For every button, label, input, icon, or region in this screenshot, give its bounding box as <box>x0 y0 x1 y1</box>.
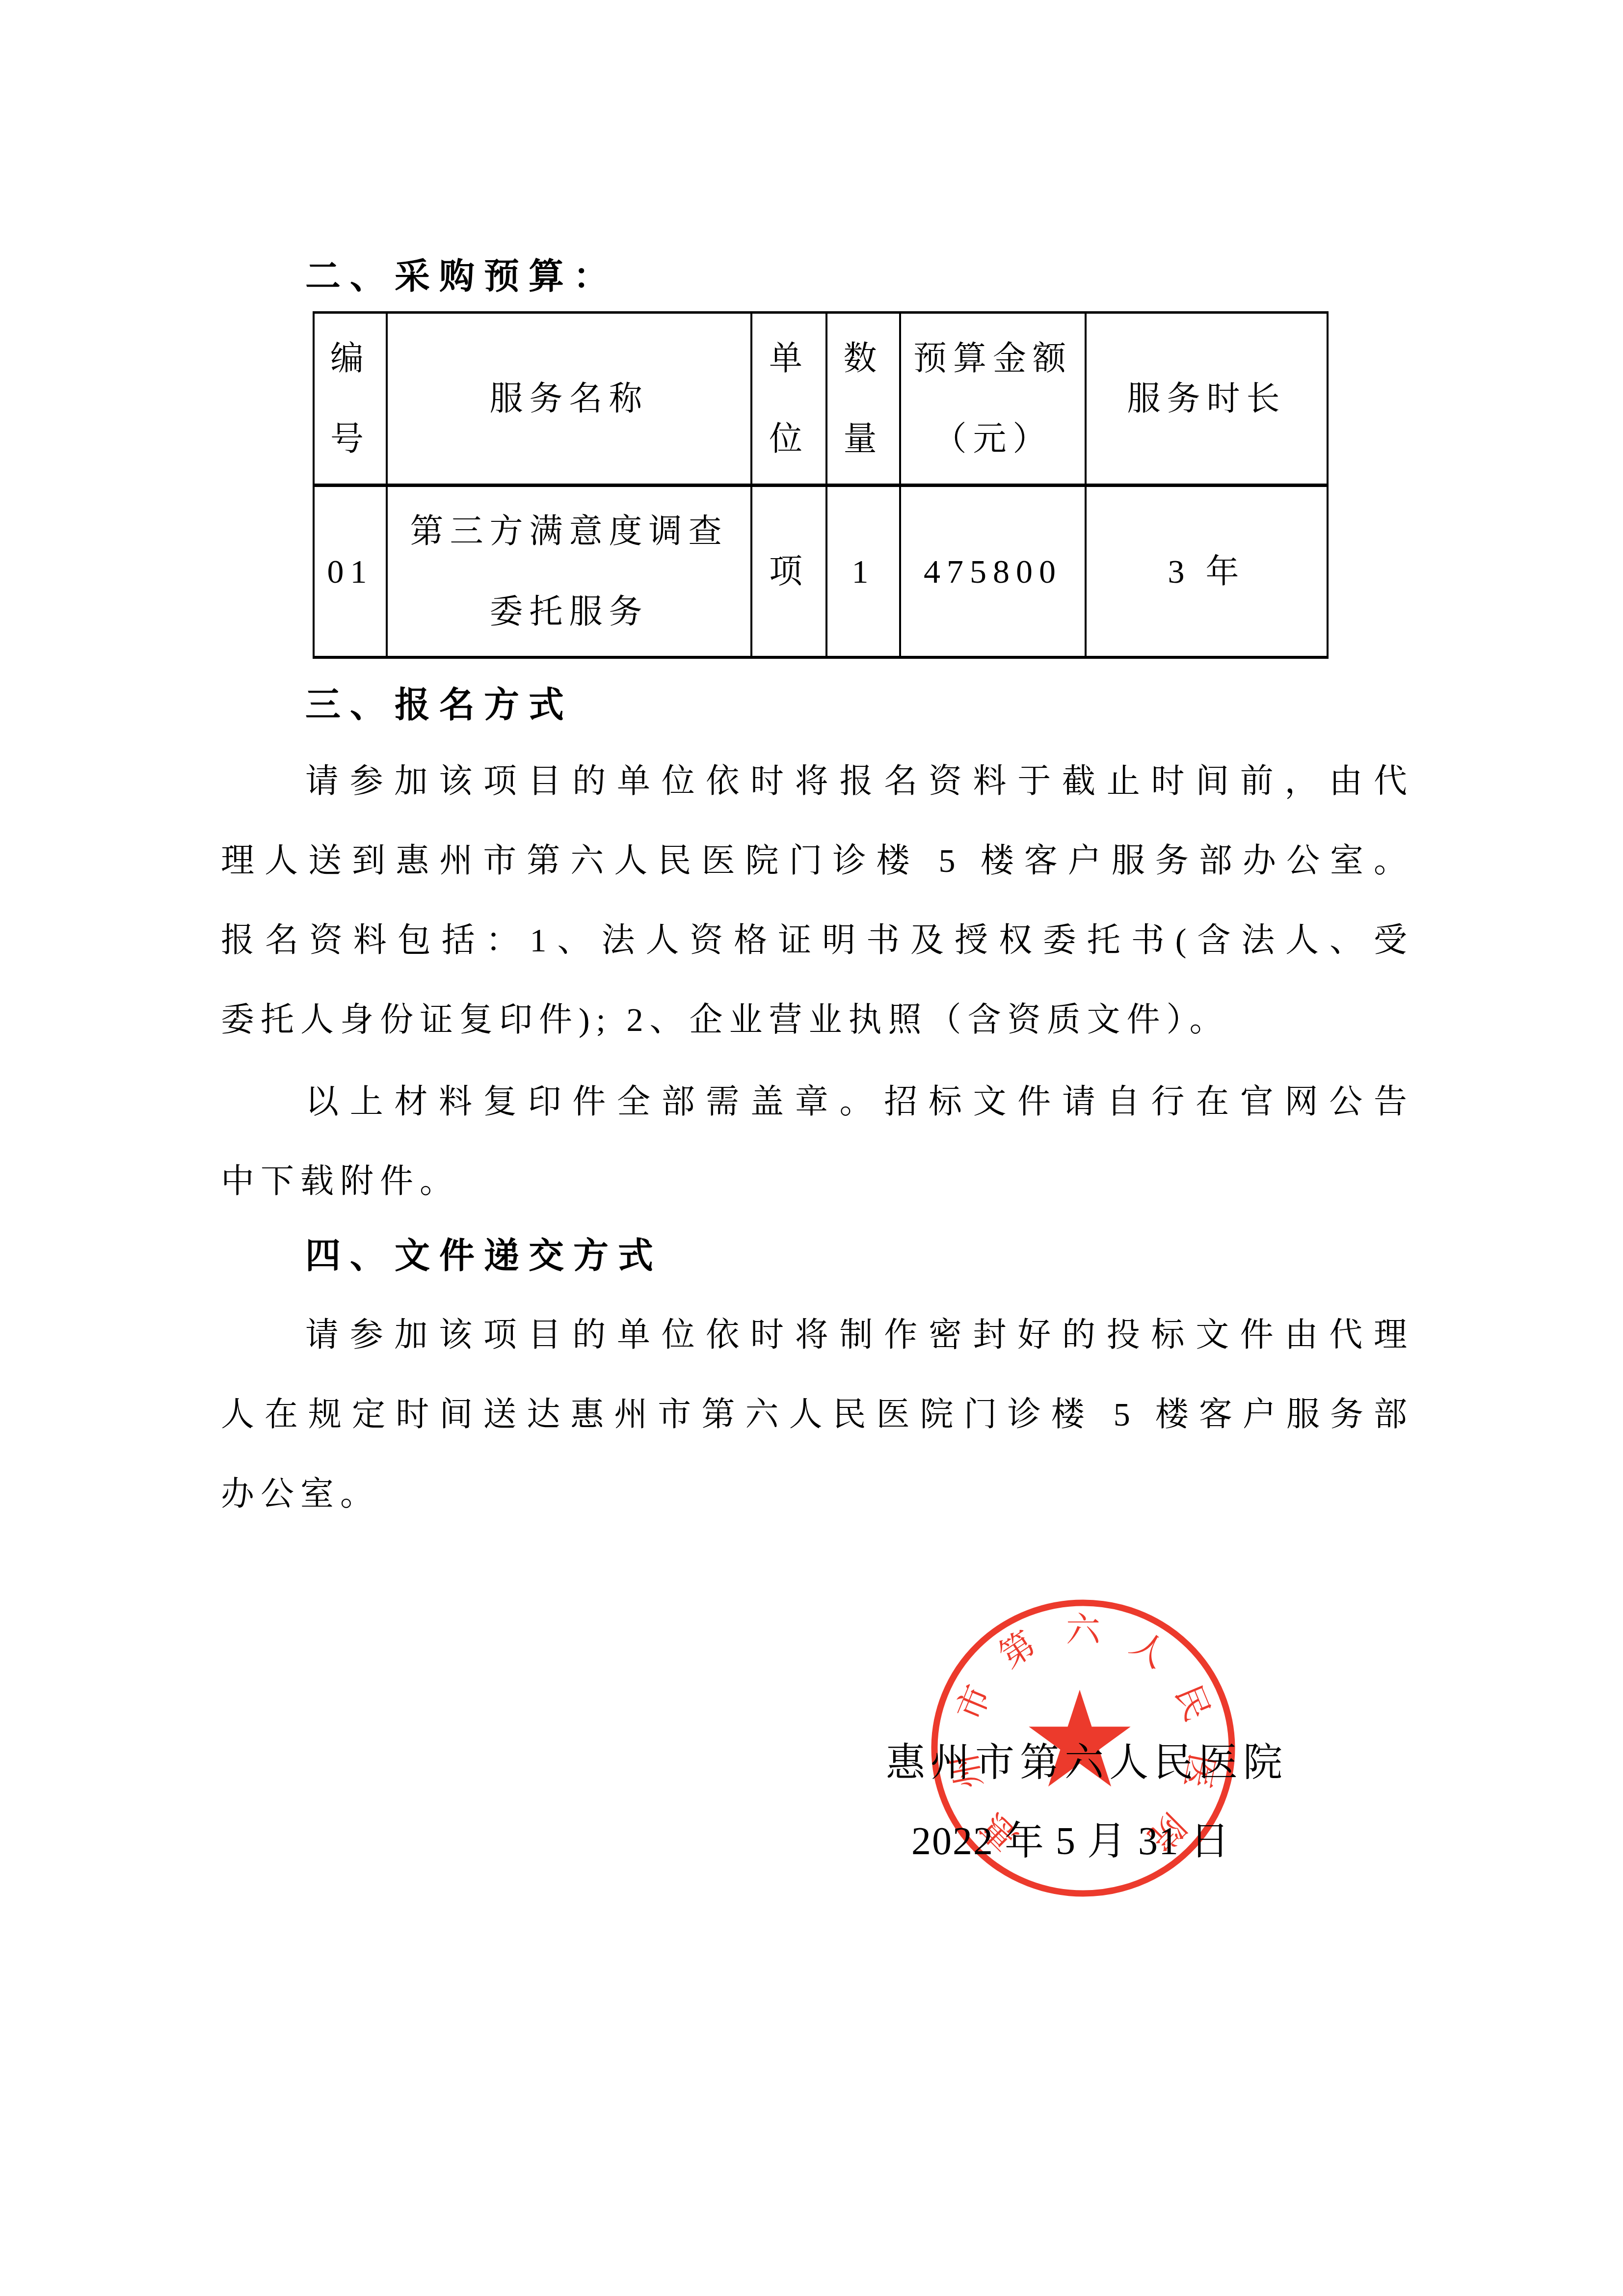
table-header-cell: 服务名称 <box>387 313 751 486</box>
seal-character: 民 <box>1168 1680 1216 1726</box>
text-line: 请参加该项目的单位依时将报名资料于截止时间前，由代 <box>221 741 1413 821</box>
signature-organization: 惠州市第六人民医院 <box>886 1742 1288 1783</box>
cell-line: 3 年 <box>1087 531 1327 612</box>
table-cell: 1 <box>826 486 900 657</box>
budget-table-header: 编号服务名称单位数量预算金额（元）服务时长 <box>314 313 1328 486</box>
cell-line: 第三方满意度调查 <box>388 491 750 571</box>
cell-line: 服务时长 <box>1087 358 1327 439</box>
table-cell: 第三方满意度调查委托服务 <box>387 486 751 657</box>
cell-line: 项 <box>752 531 825 612</box>
budget-table: 编号服务名称单位数量预算金额（元）服务时长 01第三方满意度调查委托服务项147… <box>313 311 1329 659</box>
table-header-cell: 编号 <box>314 313 387 486</box>
text-line: 委托人身份证复印件); 2、企业营业执照（含资质文件）。 <box>221 980 1413 1059</box>
text-line: 以上材料复印件全部需盖章。招标文件请自行在官网公告 <box>221 1062 1413 1141</box>
cell-line: 单 <box>752 318 825 399</box>
cell-line: 01 <box>315 531 386 612</box>
text-line: 请参加该项目的单位依时将制作密封好的投标文件由代理 <box>221 1295 1413 1375</box>
seal-character: 第 <box>993 1625 1042 1675</box>
table-cell: 3 年 <box>1086 486 1328 657</box>
text-line: 理人送到惠州市第六人民医院门诊楼 5 楼客户服务部办公室。 <box>221 821 1413 900</box>
section-heading-budget: 二、采购预算： <box>221 255 618 297</box>
cell-line: 服务名称 <box>388 358 750 439</box>
cell-line: 号 <box>315 399 386 479</box>
cell-line: 委托服务 <box>388 571 750 652</box>
section-heading-submit: 四、文件递交方式 <box>221 1235 663 1277</box>
signature-date: 2022 年 5 月 31 日 <box>911 1821 1230 1862</box>
seal-character: 人 <box>1124 1625 1173 1675</box>
section-heading-signup: 三、报名方式 <box>221 684 573 726</box>
table-cell: 475800 <box>900 486 1086 657</box>
table-cell: 项 <box>751 486 826 657</box>
text-line: 办公室。 <box>221 1454 1413 1534</box>
cell-line: （元） <box>901 399 1085 479</box>
table-cell: 01 <box>314 486 387 657</box>
table-header-cell: 单位 <box>751 313 826 486</box>
text-line: 人在规定时间送达惠州市第六人民医院门诊楼 5 楼客户服务部 <box>221 1375 1413 1454</box>
table-header-cell: 数量 <box>826 313 900 486</box>
seal-character: 六 <box>1066 1612 1101 1649</box>
document-page: 二、采购预算： 编号服务名称单位数量预算金额（元）服务时长 01第三方满意度调查… <box>0 0 1623 2296</box>
cell-line: 编 <box>315 318 386 399</box>
table-row: 01第三方满意度调查委托服务项14758003 年 <box>314 486 1328 657</box>
text-line: 中下载附件。 <box>221 1141 1413 1221</box>
cell-line: 数 <box>827 318 899 399</box>
table-header-row: 编号服务名称单位数量预算金额（元）服务时长 <box>314 313 1328 486</box>
signup-paragraph-2: 以上材料复印件全部需盖章。招标文件请自行在官网公告中下载附件。 <box>221 1062 1413 1221</box>
seal-character: 市 <box>950 1680 998 1726</box>
cell-line: 量 <box>827 399 899 479</box>
cell-line: 1 <box>827 531 899 612</box>
signup-paragraph-1: 请参加该项目的单位依时将报名资料于截止时间前，由代理人送到惠州市第六人民医院门诊… <box>221 741 1413 1059</box>
cell-line: 位 <box>752 399 825 479</box>
table-header-cell: 预算金额（元） <box>900 313 1086 486</box>
submit-paragraph-1: 请参加该项目的单位依时将制作密封好的投标文件由代理人在规定时间送达惠州市第六人民… <box>221 1295 1413 1534</box>
text-line: 报名资料包括：1、法人资格证明书及授权委托书(含法人、受 <box>221 900 1413 980</box>
table-header-cell: 服务时长 <box>1086 313 1328 486</box>
budget-table-body: 01第三方满意度调查委托服务项14758003 年 <box>314 486 1328 657</box>
cell-line: 预算金额 <box>901 318 1085 399</box>
cell-line: 475800 <box>901 531 1085 612</box>
